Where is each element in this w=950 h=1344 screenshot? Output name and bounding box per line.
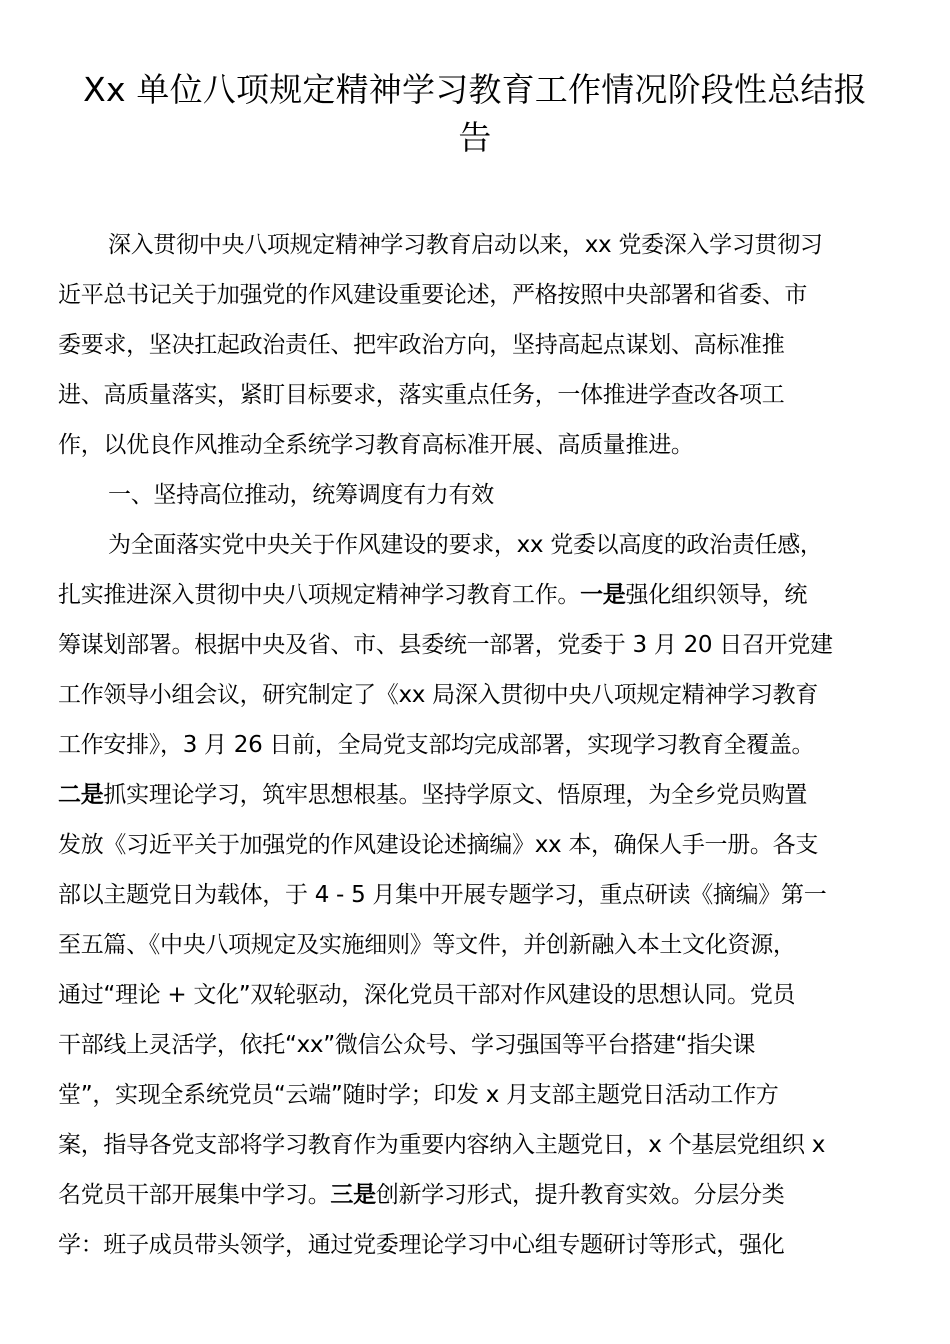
text-line: 通过“理论 + 文化”双轮驱动，深化党员干部对作风建设的思想认同。党员: [58, 970, 894, 1020]
text-segment: 筹谋划部署。根据中央及省、市、县委统一部署，党委于 3 月 20 日召开党建: [58, 632, 833, 658]
text-segment: 抓实理论学习，筑牢思想根基。坚持学原文、悟原理，为全乡党员购置: [103, 782, 807, 808]
text-segment: 工作领导小组会议，研究制定了《xx 局深入贯彻中央八项规定精神学习教育: [58, 682, 818, 708]
text-line: 部以主题党日为载体，于 4 - 5 月集中开展专题学习，重点研读《摘编》第一: [58, 870, 894, 920]
document-page: Xx 单位八项规定精神学习教育工作情况阶段性总结报 告 深入贯彻中央八项规定精神…: [0, 0, 950, 1344]
paragraph-section-1: 为全面落实党中央关于作风建设的要求，xx 党委以高度的政治责任感， 扎实推进深入…: [58, 520, 894, 1270]
bold-marker: 一是: [580, 582, 625, 608]
text-segment: 通过“理论 + 文化”双轮驱动，深化党员干部对作风建设的思想认同。党员: [58, 982, 795, 1008]
text-segment: 至五篇、《中央八项规定及实施细则》等文件，并创新融入本土文化资源，: [58, 932, 796, 958]
text-line: 二是抓实理论学习，筑牢思想根基。坚持学原文、悟原理，为全乡党员购置: [58, 770, 894, 820]
text-line: 深入贯彻中央八项规定精神学习教育启动以来，xx 党委深入学习贯彻习: [58, 220, 894, 270]
text-line: 堂”，实现全系统党员“云端”随时学；印发 x 月支部主题党日活动工作方: [58, 1070, 894, 1120]
text-line: 至五篇、《中央八项规定及实施细则》等文件，并创新融入本土文化资源，: [58, 920, 894, 970]
text-line: 进、高质量落实，紧盯目标要求，落实重点任务，一体推进学查改各项工: [58, 370, 894, 420]
text-segment: 创新学习形式，提升教育实效。分层分类: [376, 1182, 785, 1208]
text-line: 近平总书记关于加强党的作风建设重要论述，严格按照中央部署和省委、市: [58, 270, 894, 320]
section-heading: 一、坚持高位推动，统筹调度有力有效: [58, 470, 894, 520]
text-segment: 堂”，实现全系统党员“云端”随时学；印发 x 月支部主题党日活动工作方: [58, 1082, 778, 1108]
text-segment: 发放《习近平关于加强党的作风建设论述摘编》xx 本，确保人手一册。各支: [58, 832, 818, 858]
text-line: 发放《习近平关于加强党的作风建设论述摘编》xx 本，确保人手一册。各支: [58, 820, 894, 870]
title-line-1: Xx 单位八项规定精神学习教育工作情况阶段性总结报: [52, 66, 898, 114]
text-line: 干部线上灵活学，依托“xx”微信公众号、学习强国等平台搭建“指尖课: [58, 1020, 894, 1070]
text-segment: 强化组织领导，统: [626, 582, 808, 608]
text-segment: 名党员干部开展集中学习。: [58, 1182, 330, 1208]
paragraph-intro: 深入贯彻中央八项规定精神学习教育启动以来，xx 党委深入学习贯彻习 近平总书记关…: [58, 220, 894, 470]
text-segment: 干部线上灵活学，依托“xx”微信公众号、学习强国等平台搭建“指尖课: [58, 1032, 755, 1058]
document-title: Xx 单位八项规定精神学习教育工作情况阶段性总结报 告: [52, 66, 898, 162]
text-line: 学：班子成员带头领学，通过党委理论学习中心组专题研讨等形式，强化: [58, 1220, 894, 1270]
text-segment: 部以主题党日为载体，于 4 - 5 月集中开展专题学习，重点研读《摘编》第一: [58, 882, 826, 908]
text-line: 名党员干部开展集中学习。三是创新学习形式，提升教育实效。分层分类: [58, 1170, 894, 1220]
title-line-2: 告: [52, 114, 898, 162]
text-line: 扎实推进深入贯彻中央八项规定精神学习教育工作。一是强化组织领导，统: [58, 570, 894, 620]
text-segment: 学：班子成员带头领学，通过党委理论学习中心组专题研讨等形式，强化: [58, 1232, 784, 1258]
text-segment: 工作安排》，3 月 26 日前，全局党支部均完成部署，实现学习教育全覆盖。: [58, 732, 814, 758]
text-line: 案，指导各党支部将学习教育作为重要内容纳入主题党日，x 个基层党组织 x: [58, 1120, 894, 1170]
text-segment: 为全面落实党中央关于作风建设的要求，xx 党委以高度的政治责任感，: [108, 532, 823, 558]
text-segment: 扎实推进深入贯彻中央八项规定精神学习教育工作。: [58, 582, 580, 608]
text-line: 工作安排》，3 月 26 日前，全局党支部均完成部署，实现学习教育全覆盖。: [58, 720, 894, 770]
text-line: 筹谋划部署。根据中央及省、市、县委统一部署，党委于 3 月 20 日召开党建: [58, 620, 894, 670]
text-line: 为全面落实党中央关于作风建设的要求，xx 党委以高度的政治责任感，: [58, 520, 894, 570]
bold-marker: 二是: [58, 782, 103, 808]
text-line: 委要求，坚决扛起政治责任、把牢政治方向，坚持高起点谋划、高标准推: [58, 320, 894, 370]
bold-marker: 三是: [330, 1182, 375, 1208]
text-line: 作，以优良作风推动全系统学习教育高标准开展、高质量推进。: [58, 420, 894, 470]
text-line: 工作领导小组会议，研究制定了《xx 局深入贯彻中央八项规定精神学习教育: [58, 670, 894, 720]
document-body: 深入贯彻中央八项规定精神学习教育启动以来，xx 党委深入学习贯彻习 近平总书记关…: [58, 220, 894, 1270]
text-segment: 案，指导各党支部将学习教育作为重要内容纳入主题党日，x 个基层党组织 x: [58, 1132, 825, 1158]
